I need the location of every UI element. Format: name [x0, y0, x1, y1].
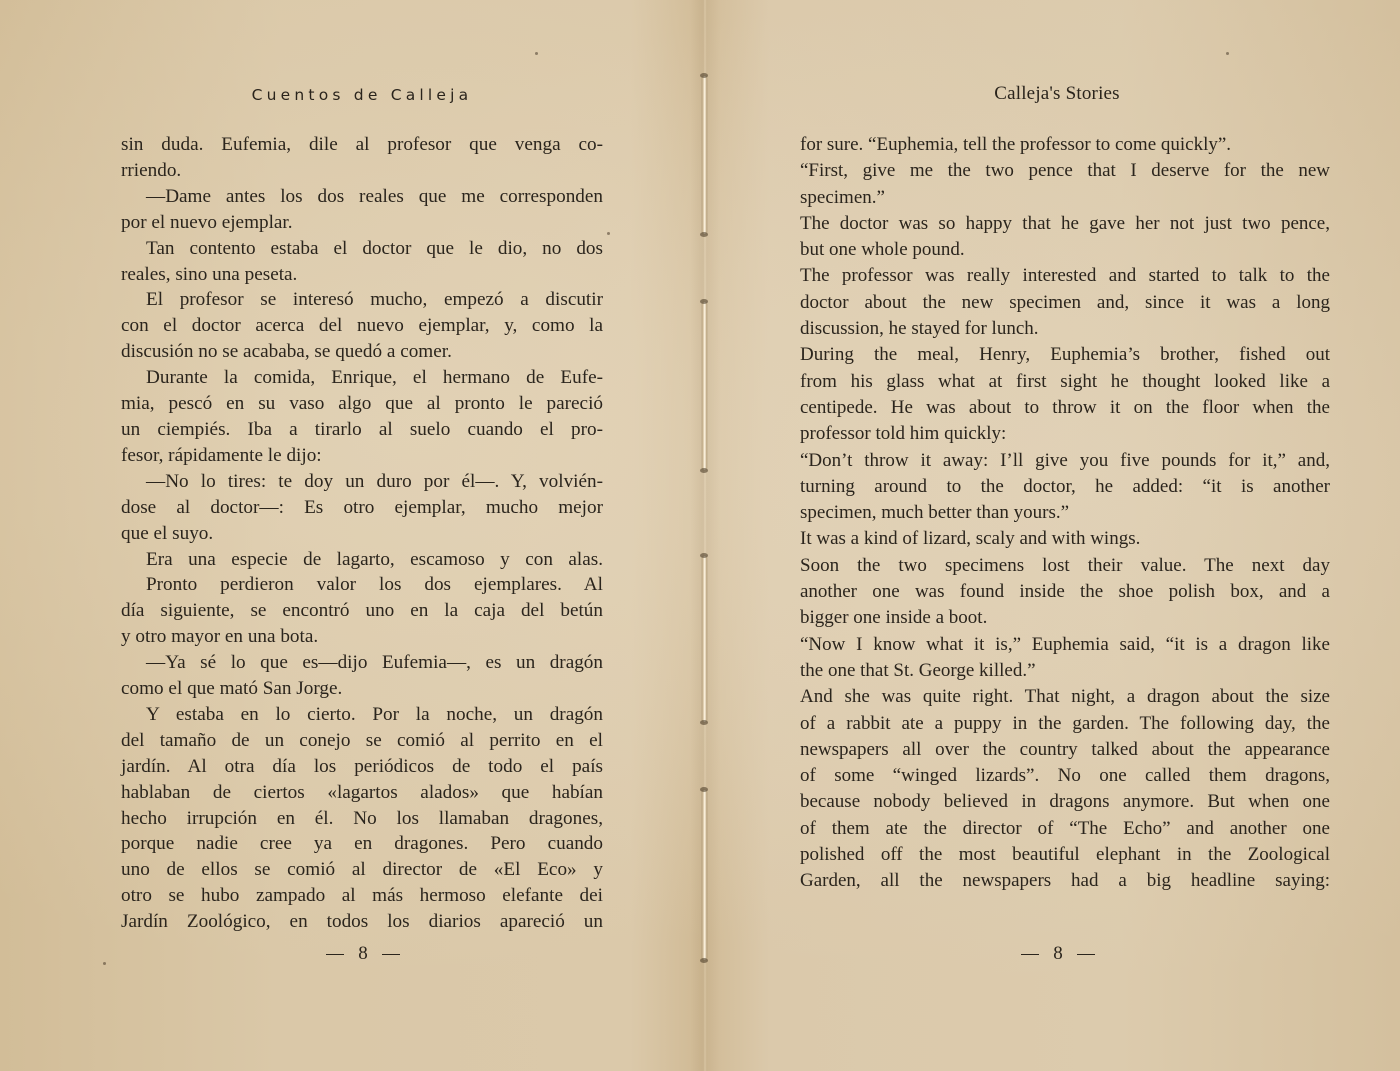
right-page-body: for sure. “Euphemia, tell the professor … [800, 132, 1330, 895]
text-line: Y estaba en lo cierto. Por la noche, un … [121, 702, 603, 728]
text-line: professor told him quickly: [800, 421, 1330, 447]
text-line: como el que mató San Jorge. [121, 676, 603, 702]
text-line: y otro mayor en una bota. [121, 624, 603, 650]
text-line: The professor was really interested and … [800, 263, 1330, 289]
text-line: Era una especie de lagarto, escamoso y c… [121, 547, 603, 573]
left-page-body: sin duda. Eufemia, dile al profesor que … [121, 132, 603, 935]
text-line: dose al doctor—: Es otro ejemplar, mucho… [121, 495, 603, 521]
text-line: sin duda. Eufemia, dile al profesor que … [121, 132, 603, 158]
text-line: another one was found inside the shoe po… [800, 579, 1330, 605]
text-line: —Ya sé lo que es—dijo Eufemia—, es un dr… [121, 650, 603, 676]
folio-dash [326, 954, 344, 955]
text-line: Soon the two specimens lost their value.… [800, 553, 1330, 579]
left-page-spanish: Cuentos de Calleja sin duda. Eufemia, di… [0, 0, 704, 1071]
folio-number: 8 [358, 943, 368, 964]
text-line: of a rabbit ate a puppy in the garden. T… [800, 711, 1330, 737]
text-line: polished off the most beautiful elephant… [800, 842, 1330, 868]
text-line: día siguiente, se encontró uno en la caj… [121, 598, 603, 624]
text-line: con el doctor acerca del nuevo ejemplar,… [121, 313, 603, 339]
text-line: El profesor se interesó mucho, empezó a … [121, 287, 603, 313]
text-line: specimen, much better than yours.” [800, 500, 1330, 526]
text-line: porque nadie cree ya en dragones. Pero c… [121, 831, 603, 857]
text-line: turning around to the doctor, he added: … [800, 474, 1330, 500]
text-line: por el nuevo ejemplar. [121, 210, 603, 236]
text-line: It was a kind of lizard, scaly and with … [800, 526, 1330, 552]
text-line: discusión no se acababa, se quedó a come… [121, 339, 603, 365]
text-line: Jardín Zoológico, en todos los diarios a… [121, 909, 603, 935]
paper-speck [103, 962, 106, 965]
text-line: “Don’t throw it away: I’ll give you five… [800, 448, 1330, 474]
text-line: of them ate the director of “The Echo” a… [800, 816, 1330, 842]
text-line: During the meal, Henry, Euphemia’s broth… [800, 342, 1330, 368]
text-line: otro se hubo zampado al más hermoso elef… [121, 883, 603, 909]
paper-speck [535, 52, 538, 55]
text-line: of some “winged lizards”. No one called … [800, 763, 1330, 789]
text-line: rriendo. [121, 158, 603, 184]
text-line: newspapers all over the country talked a… [800, 737, 1330, 763]
text-line: un ciempiés. Iba a tirarlo al suelo cuan… [121, 417, 603, 443]
folio-number: 8 [1053, 943, 1063, 964]
text-line: Tan contento estaba el doctor que le dio… [121, 236, 603, 262]
book-spread: Cuentos de Calleja sin duda. Eufemia, di… [0, 0, 1400, 1071]
text-line: centipede. He was about to throw it on t… [800, 395, 1330, 421]
text-line: bigger one inside a boot. [800, 605, 1330, 631]
text-line: que el suyo. [121, 521, 603, 547]
text-line: “Now I know what it is,” Euphemia said, … [800, 632, 1330, 658]
text-line: discussion, he stayed for lunch. [800, 316, 1330, 342]
text-line: from his glass what at first sight he th… [800, 369, 1330, 395]
text-line: Garden, all the newspapers had a big hea… [800, 868, 1330, 894]
paper-speck [1226, 52, 1229, 55]
text-line: uno de ellos se comió al director de «El… [121, 857, 603, 883]
folio-dash [1021, 954, 1039, 955]
text-line: but one whole pound. [800, 237, 1330, 263]
text-line: mia, pescó en su vaso algo que al pronto… [121, 391, 603, 417]
text-line: hablaban de ciertos «lagartos alados» qu… [121, 780, 603, 806]
page-number-right: 8 [958, 943, 1158, 965]
text-line: fesor, rápidamente le dijo: [121, 443, 603, 469]
text-line: del tamaño de un conejo se comió al perr… [121, 728, 603, 754]
text-line: Durante la comida, Enrique, el hermano d… [121, 365, 603, 391]
page-number-left: 8 [263, 943, 463, 965]
text-line: —Dame antes los dos reales que me corres… [121, 184, 603, 210]
folio-dash [1077, 954, 1095, 955]
text-line: for sure. “Euphemia, tell the professor … [800, 132, 1330, 158]
text-line: “First, give me the two pence that I des… [800, 158, 1330, 184]
text-line: specimen.” [800, 185, 1330, 211]
text-line: Pronto perdieron valor los dos ejemplare… [121, 572, 603, 598]
text-line: doctor about the new specimen and, since… [800, 290, 1330, 316]
text-line: reales, sino una peseta. [121, 262, 603, 288]
folio-dash [382, 954, 400, 955]
text-line: jardín. Al otra día los periódicos de to… [121, 754, 603, 780]
text-line: because nobody believed in dragons anymo… [800, 789, 1330, 815]
text-line: —No lo tires: te doy un duro por él—. Y,… [121, 469, 603, 495]
text-line: And she was quite right. That night, a d… [800, 684, 1330, 710]
right-page-english: Calleja's Stories for sure. “Euphemia, t… [704, 0, 1400, 1071]
running-head-left: Cuentos de Calleja [0, 86, 724, 104]
text-line: hecho irrupción en él. No los llamaban d… [121, 806, 603, 832]
running-head-right: Calleja's Stories [704, 83, 1400, 105]
text-line: the one that St. George killed.” [800, 658, 1330, 684]
text-line: The doctor was so happy that he gave her… [800, 211, 1330, 237]
paper-speck [607, 232, 610, 235]
